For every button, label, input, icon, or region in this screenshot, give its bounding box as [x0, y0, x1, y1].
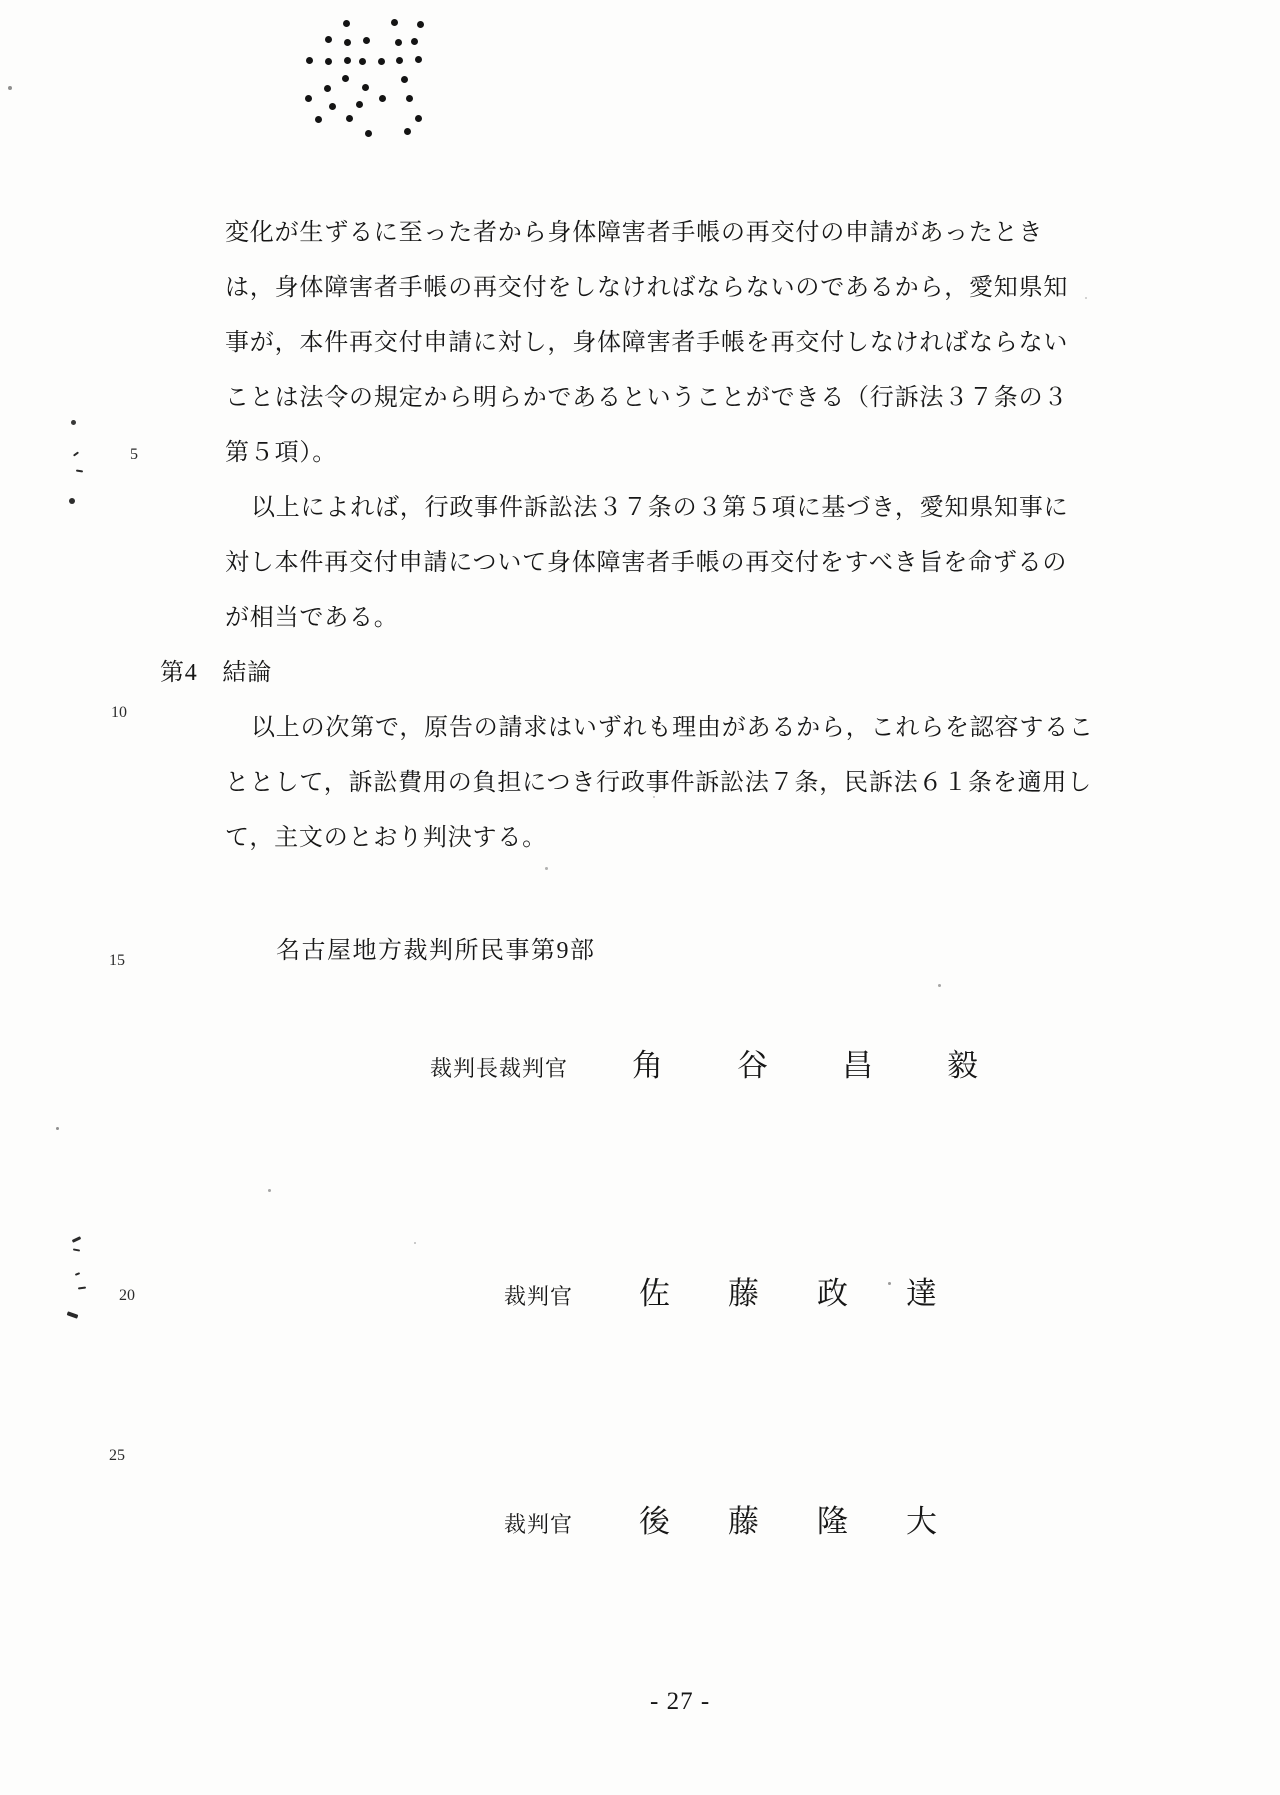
ink-dot: [324, 85, 331, 92]
presiding-judge-signature-row: 裁判長裁判官 角谷昌毅: [430, 1040, 1052, 1085]
presiding-judge-name: 角谷昌毅: [632, 1040, 1052, 1085]
body-line-8: が相当である。: [160, 591, 1120, 646]
margin-line-number-5: 5: [130, 446, 138, 464]
ink-dot: [306, 57, 313, 64]
ink-dot: [365, 130, 372, 137]
margin-line-number-20: 20: [119, 1287, 135, 1305]
judge-2-title: 裁判官: [504, 1280, 573, 1311]
scan-speck: [414, 1242, 416, 1244]
body-line-7: 対し本件再交付申請について身体障害者手帳の再交付をすべき旨を命ずるの: [160, 536, 1120, 591]
section-heading-conclusion: 第4 結論: [160, 646, 1120, 701]
ink-dot: [401, 76, 408, 83]
pen-mark: [75, 1272, 80, 1276]
ink-dot: [378, 58, 385, 65]
ink-dot: [362, 84, 369, 91]
ink-dot: [404, 128, 411, 135]
ink-dot: [343, 20, 350, 27]
pen-mark: [78, 1286, 86, 1289]
scan-speck: [268, 1189, 271, 1192]
pen-mark: [76, 470, 83, 473]
body-line-5: 第５項）。: [160, 426, 1120, 481]
body-line-11: ととして，訴訟費用の負担につき行政事件訴訟法７条，民訴法６１条を適用し: [160, 756, 1120, 811]
judge-signature-row-2: 裁判官 佐藤政達: [504, 1268, 995, 1313]
pen-mark: [73, 1248, 80, 1251]
ink-dot: [325, 58, 332, 65]
scan-speck: [56, 1127, 59, 1130]
ink-dot: [411, 38, 418, 45]
ink-dot: [346, 115, 353, 122]
margin-line-number-25: 25: [109, 1447, 125, 1465]
scan-speck: [71, 420, 76, 425]
body-line-3: 事が，本件再交付申請に対し，身体障害者手帳を再交付しなければならない: [160, 316, 1120, 371]
scan-speck: [545, 867, 548, 870]
pen-mark: [67, 1311, 79, 1319]
ink-dot: [359, 58, 366, 65]
court-name: 名古屋地方裁判所民事第9部: [276, 930, 596, 965]
ink-dot: [406, 95, 413, 102]
scanned-judgment-page: 5 10 15 20 25 変化が生ずるに至った者から身体障害者手帳の再交付の申…: [0, 0, 1280, 1795]
body-line-12: て，主文のとおり判決する。: [160, 811, 1120, 866]
scan-speck: [938, 984, 941, 987]
body-line-4: ことは法令の規定から明らかであるということができる（行訴法３７条の３: [160, 371, 1120, 426]
ink-dot: [379, 95, 386, 102]
scan-speck: [69, 498, 75, 504]
margin-line-number-15: 15: [109, 952, 125, 970]
body-line-10: 以上の次第で，原告の請求はいずれも理由があるから，これらを認容するこ: [160, 701, 1120, 756]
body-line-6: 以上によれば，行政事件訴訟法３７条の３第５項に基づき，愛知県知事に: [160, 481, 1120, 536]
pen-mark: [73, 451, 79, 456]
ink-dot: [415, 56, 422, 63]
ink-dot: [417, 21, 424, 28]
body-line-2: は，身体障害者手帳の再交付をしなければならないのであるから，愛知県知: [160, 261, 1120, 316]
ink-dot: [363, 37, 370, 44]
ink-dot: [342, 75, 349, 82]
ink-dot: [344, 39, 351, 46]
judge-3-name: 後藤隆大: [639, 1496, 995, 1541]
ink-dot: [356, 101, 363, 108]
ink-dot: [395, 39, 402, 46]
presiding-judge-title: 裁判長裁判官: [430, 1052, 568, 1083]
ink-dot: [415, 115, 422, 122]
page-number: - 27 -: [650, 1688, 710, 1716]
margin-line-number-10: 10: [111, 704, 127, 722]
ink-dot: [325, 36, 332, 43]
ink-dot: [315, 116, 322, 123]
judgment-text-block: 変化が生ずるに至った者から身体障害者手帳の再交付の申請があったとき は，身体障害…: [160, 206, 1120, 866]
pen-mark: [72, 1236, 81, 1243]
ink-dot: [396, 57, 403, 64]
judge-2-name: 佐藤政達: [639, 1268, 995, 1313]
ink-dot: [305, 95, 312, 102]
body-line-1: 変化が生ずるに至った者から身体障害者手帳の再交付の申請があったとき: [160, 206, 1120, 261]
ink-dot: [329, 103, 336, 110]
scan-speck: [8, 86, 12, 90]
judge-3-title: 裁判官: [504, 1508, 573, 1539]
judge-signature-row-3: 裁判官 後藤隆大: [504, 1496, 995, 1541]
ink-dot: [391, 19, 398, 26]
ink-dot: [344, 57, 351, 64]
